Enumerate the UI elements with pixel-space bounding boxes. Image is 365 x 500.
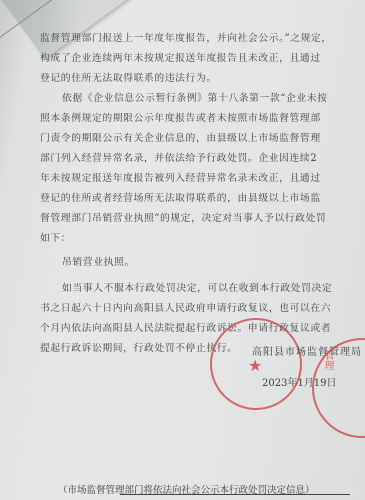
text-line: 照本条例规定的期限公示年度报告或者未按照市场监督管理部 xyxy=(40,110,321,124)
text-line: 督管理部门吊销营业执照”的规定，决定对当事人予以行政处罚 xyxy=(40,210,326,224)
text-line: 依据《企业信息公示暂行条例》第十八条第一款“企业未按 xyxy=(62,90,328,104)
text-line: 吊销营业执照。 xyxy=(62,254,135,268)
text-line: 监督管理部门报送上一年度年度报告，并向社会公示。”之规定， xyxy=(40,30,332,44)
seal-star-icon: ★ xyxy=(248,356,262,375)
text-line: 门责令的期限公示有关企业信息的，由县级以上市场监督管理 xyxy=(40,130,321,144)
text-line: 书之日起六十日内向高阳县人民政府申请行政复议，也可以在六 xyxy=(40,300,331,314)
document-page: 监督管理部门报送上一年度年度报告，并向社会公示。”之规定，构成了企业连续两年未按… xyxy=(0,0,365,500)
text-line: 构成了企业连续两年未按规定报送年度报告且未改正，且通过 xyxy=(40,50,321,64)
text-line: 如当事人不服本行政处罚决定，可以在收到本行政处罚决定 xyxy=(62,280,332,294)
text-line: 登记的住所无法取得联系的违法行为。 xyxy=(40,70,217,84)
text-line: 部门列入经营异常名录，并依法给予行政处罚。企业因连续2 xyxy=(40,150,317,164)
caption-underline xyxy=(120,494,350,495)
seam-seal-text: 管理 xyxy=(320,350,335,370)
text-line: 登记的住所或者经营场所无法取得联系的，由县级以上市场监 xyxy=(40,190,321,204)
text-line: 年未按规定报送年度报告被列入经营异常名录未改正，且通过 xyxy=(40,170,321,184)
text-line: 如下： xyxy=(40,230,71,244)
text-line: 提起行政诉讼期间，行政处罚不停止执行。 xyxy=(40,340,238,354)
official-seal: ★ xyxy=(210,318,302,410)
